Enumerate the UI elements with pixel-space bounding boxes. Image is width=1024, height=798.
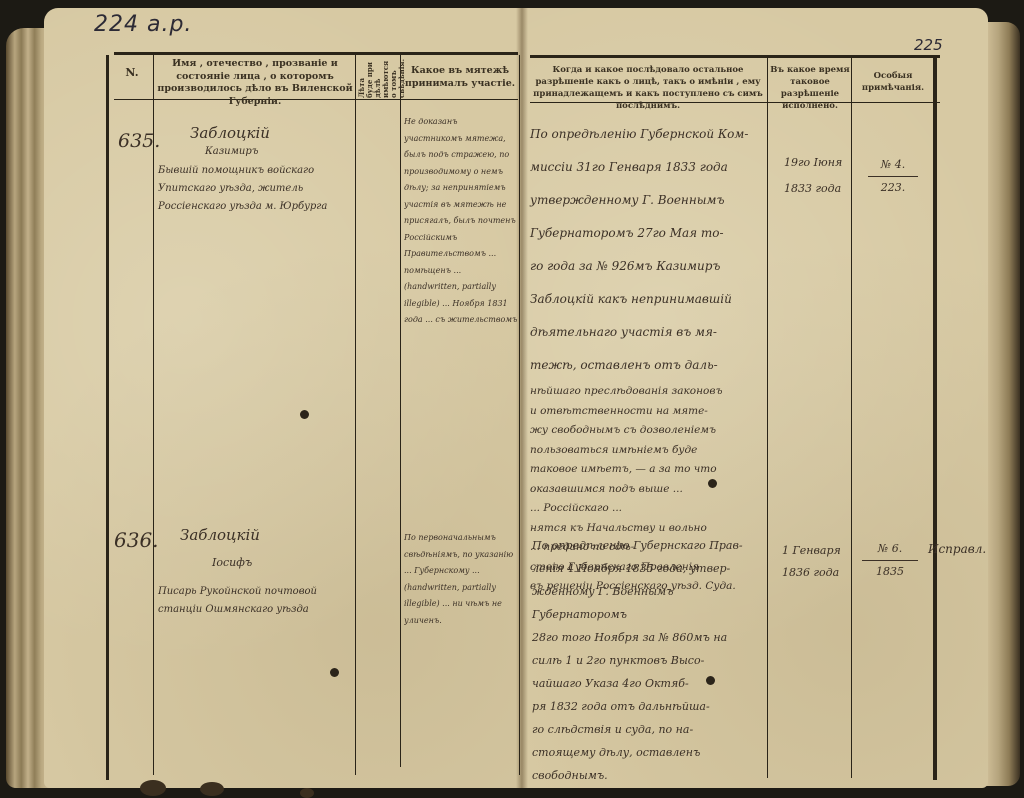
resolution-line: го года за № 926мъ Казимиръ: [530, 250, 766, 283]
open-register-book: 224 а.р. 225 N. Имя , отечество , прозва…: [0, 0, 1024, 798]
header-number: N.: [112, 66, 152, 79]
resolution-text: По опредѣленію Губернской Ком- миссіи 31…: [530, 118, 766, 597]
resolution-line: Губернаторомъ 27го Мая то-: [530, 217, 766, 250]
col-divider-resolution: [767, 58, 768, 778]
person-surname: Заблоцкій: [190, 124, 270, 142]
executed-year: 1836 года: [782, 562, 841, 584]
person-surname: Заблоцкій: [180, 526, 260, 544]
executed-day: 1 Генваря: [782, 540, 841, 562]
resolution-line: свободнымъ.: [532, 764, 766, 787]
resolution-line: таковое имѣетъ, — а за то что: [530, 460, 766, 480]
person-given-name: Іосифъ: [212, 556, 252, 569]
resolution-line: По опредѣленію Губернскаго Прав-: [532, 534, 766, 557]
col-divider-number: [153, 55, 154, 775]
resolution-line: 28го того Ноября за № 860мъ на: [532, 626, 766, 649]
participation-text: Не доказанъ участникомъ мятежа, былъ под…: [404, 114, 518, 514]
folio-number-left: 224 а.р.: [94, 12, 192, 37]
person-status: Писарь Рукойнской почтовой станціи Ошмян…: [158, 583, 354, 619]
right-table-top-rule: [530, 55, 940, 58]
resolution-line: Заблоцкій какъ непринимавшій: [530, 283, 766, 316]
right-outer-border: [933, 55, 937, 780]
executed-date: 19го Іюня 1833 года: [784, 150, 842, 202]
header-resolution: Когда и какое послѣдовало остальное разр…: [530, 64, 766, 112]
note-ref: 1835: [862, 561, 918, 583]
note-number: № 6.: [862, 538, 918, 561]
bottom-edge-damage: [300, 788, 314, 798]
resolution-line: жу свободнымъ съ дозволеніемъ: [530, 421, 766, 441]
resolution-line: го слѣдствія и суда, по на-: [532, 718, 766, 741]
resolution-line: чайшаго Указа 4го Октяб-: [532, 672, 766, 695]
resolution-line: ря 1832 года отъ дальнѣйша-: [532, 695, 766, 718]
header-person: Имя , отечество , прозваніе и состояніе …: [155, 58, 355, 108]
binding-hole: [706, 676, 715, 685]
note-ref: 223.: [868, 177, 918, 199]
resolution-line: дѣятельнаго участія въ мя-: [530, 316, 766, 349]
col-divider-person: [355, 55, 356, 775]
notes: № 6. 1835: [862, 538, 918, 583]
col-divider-age: [400, 55, 401, 767]
binding-hole: [300, 410, 309, 419]
resolution-line: пользоваться имѣніемъ буде: [530, 441, 766, 461]
resolution-line: жденному Г. Военнымъ Губернаторомъ: [532, 580, 766, 626]
resolution-line: стоящему дѣлу, оставленъ: [532, 741, 766, 764]
note-number: № 4.: [868, 154, 918, 177]
binding-hole: [708, 479, 717, 488]
resolution-line: утвержденному Г. Военнымъ: [530, 184, 766, 217]
resolution-line: силѣ 1 и 2го пунктовъ Высо-: [532, 649, 766, 672]
header-notes: Особыя примѣчанія.: [853, 70, 933, 94]
resolution-line: ... Россійскаго ...: [530, 499, 766, 519]
resolution-line: и отвѣтственности на мяте-: [530, 402, 766, 422]
person-status: Бывшій помощникъ войскаго Упитскаго уѣзд…: [158, 162, 354, 216]
bottom-edge-damage: [140, 780, 166, 796]
left-inner-border: [519, 55, 520, 775]
folio-number-right: 225: [914, 36, 943, 54]
resolution-line: оказавшимся подъ выше ...: [530, 480, 766, 500]
row-number: 636.: [114, 528, 159, 552]
right-page-edges: [984, 22, 1020, 786]
executed-year: 1833 года: [784, 176, 842, 202]
left-outer-border: [106, 55, 109, 780]
header-participation: Какое въ мятежѣ принималъ участіе.: [402, 64, 518, 90]
bottom-edge-damage: [200, 782, 224, 796]
resolution-line: миссіи 31го Генваря 1833 года: [530, 151, 766, 184]
header-age: Лѣта буде при дѣлѣ имѣются о томъ свѣдѣн…: [358, 58, 398, 98]
resolution-text: По опредѣленію Губернскаго Прав- ленія 4…: [532, 534, 766, 787]
left-table-top-rule: [114, 52, 518, 55]
col-divider-executed: [851, 58, 852, 778]
resolution-line: нѣйшаго преслѣдованія законовъ: [530, 382, 766, 402]
participation-text: По первоначальнымъ свѣдѣніямъ, по указан…: [404, 530, 518, 740]
executed-date: 1 Генваря 1836 года: [782, 540, 841, 584]
margin-note: Исправл.: [928, 542, 986, 556]
resolution-line: По опредѣленію Губернской Ком-: [530, 118, 766, 151]
person-given-name: Казимиръ: [205, 146, 258, 157]
header-executed: Въ какое время таковое разрѣшеніе исполн…: [769, 64, 851, 112]
resolution-line: тежѣ, оставленъ отъ даль-: [530, 349, 766, 382]
resolution-line: ленія 4 Ноября 1835 года, утвер-: [532, 557, 766, 580]
notes: № 4. 223.: [868, 154, 918, 199]
binding-hole: [330, 668, 339, 677]
executed-day: 19го Іюня: [784, 150, 842, 176]
row-number: 635.: [118, 130, 160, 152]
